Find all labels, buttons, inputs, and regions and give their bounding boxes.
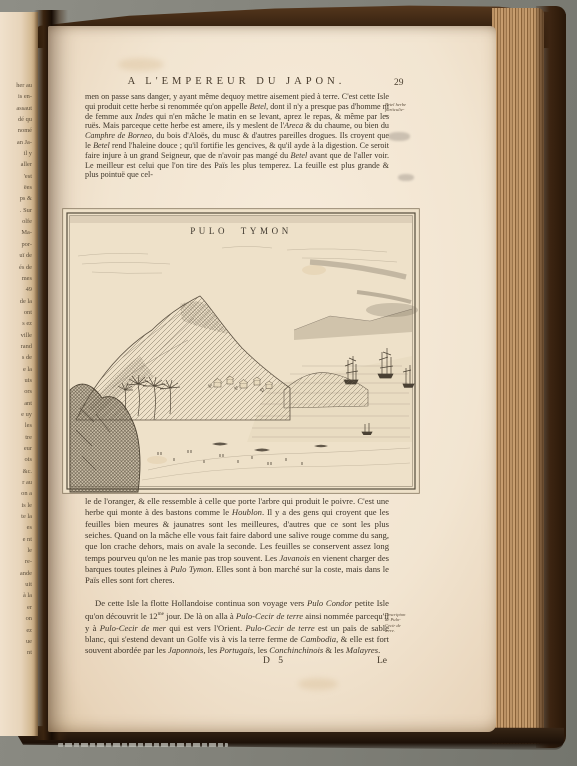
foxing-spot [118,58,164,71]
ink-bleedthrough [398,174,414,181]
left-page-text-fragments: her auis en-assautdé qunoméan Ja-il yall… [0,12,38,736]
plate-caption: PULO TYMON [190,226,292,236]
scanner-caption-illegible [58,743,228,747]
paragraph-pulo-condor: De cette Isle la flotte Hollandoise cont… [85,598,389,657]
running-header: A L'EMPEREUR DU JAPON. [85,76,388,90]
paragraph-oranger: le de l'oranger, & elle ressemble à cell… [85,496,389,587]
engraving-plate: PULO TYMON [62,208,420,494]
foxing-spot [298,678,338,690]
ink-bleedthrough [388,132,410,141]
catchword: Le [377,656,387,666]
scanner-background: her auis en-assautdé qunoméan Ja-il yall… [0,0,577,766]
book-binding [536,6,566,748]
running-header-title: A L'EMPEREUR DU JAPON. [85,76,388,87]
left-page: her auis en-assautdé qunoméan Ja-il yall… [0,12,38,736]
signature-line: D 5 Le [85,656,389,668]
margin-note-betel: Betel herbeparticulie-re. [385,102,415,118]
paragraph-betel: men on passe sans danger, y ayant même d… [85,92,389,180]
margin-note-pulo-cecir: Descripionde Pulo-Cecir deterre. [385,612,415,634]
recto-page: A L'EMPEREUR DU JAPON. 29 men on passe s… [48,26,496,732]
signature-mark: D 5 [263,656,286,666]
page-number: 29 [394,78,404,88]
engraving-pulo-tymon: PULO TYMON [62,208,420,494]
